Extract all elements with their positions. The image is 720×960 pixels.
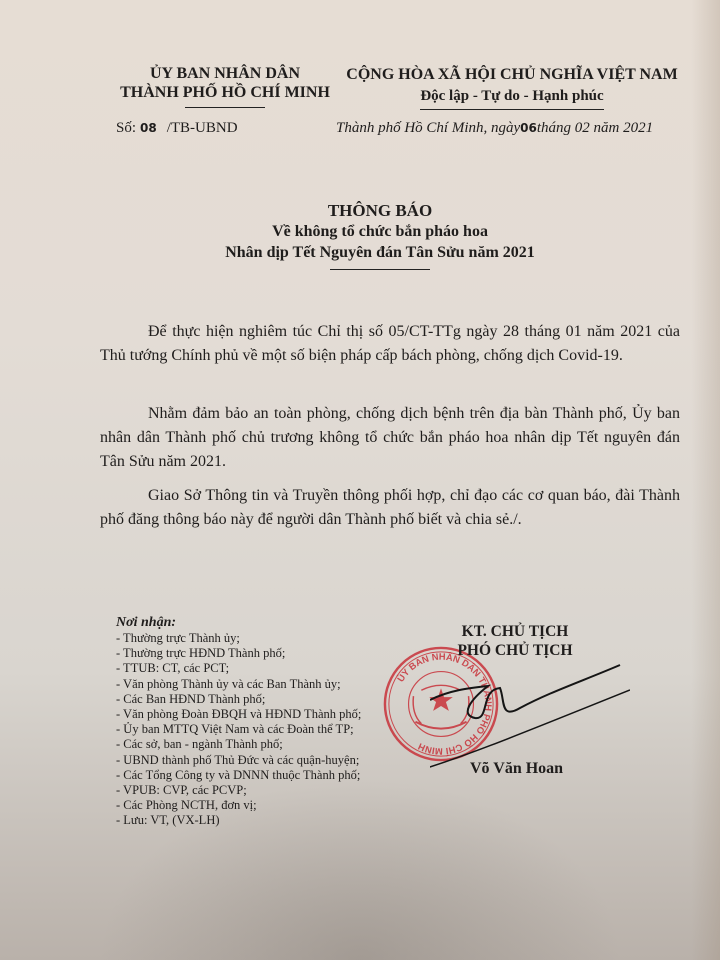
doc-number-prefix: Số:: [116, 120, 136, 136]
recipient-item: - Ủy ban MTTQ Việt Nam và các Đoàn thể T…: [116, 722, 386, 737]
recipient-item: - TTUB: CT, các PCT;: [116, 661, 386, 676]
agency-line-2: THÀNH PHỐ HỒ CHÍ MINH: [90, 83, 360, 102]
recipient-item: - Văn phòng Đoàn ĐBQH và HĐND Thành phố;: [116, 707, 386, 722]
signature-block: KT. CHỦ TỊCH PHÓ CHỦ TỊCH: [430, 622, 600, 660]
recipient-item: - Thường trực HĐND Thành phố;: [116, 646, 386, 661]
agency-line-1: ỦY BAN NHÂN DÂN: [90, 64, 360, 83]
date-prefix: Thành phố Hồ Chí Minh, ngày: [336, 120, 520, 136]
body-paragraph-1: Để thực hiện nghiêm túc Chỉ thị số 05/CT…: [100, 320, 680, 368]
recipients-heading: Nơi nhận:: [116, 614, 386, 631]
document-number: Số:08/TB-UBND: [116, 120, 238, 137]
recipient-item: - Các sở, ban - ngành Thành phố;: [116, 737, 386, 752]
recipient-item: - UBND thành phố Thủ Đức và các quận-huy…: [116, 753, 386, 768]
recipient-item: - Thường trực Thành ủy;: [116, 631, 386, 646]
agency-underline: [185, 107, 265, 108]
body-paragraph-3: Giao Sở Thông tin và Truyền thông phối h…: [100, 484, 680, 532]
national-motto: Độc lập - Tự do - Hạnh phúc: [420, 86, 603, 110]
doc-number-suffix: /TB-UBND: [167, 120, 238, 136]
signature-title-2: PHÓ CHỦ TỊCH: [430, 641, 600, 660]
title-line-3: Nhân dịp Tết Nguyên đán Tân Sửu năm 2021: [200, 242, 560, 263]
paragraph-text: Nhằm đảm bảo an toàn phòng, chống dịch b…: [100, 402, 680, 474]
paragraph-text: Để thực hiện nghiêm túc Chỉ thị số 05/CT…: [100, 320, 680, 368]
title-line-2: Về không tổ chức bắn pháo hoa: [200, 221, 560, 242]
issuing-agency: ỦY BAN NHÂN DÂN THÀNH PHỐ HỒ CHÍ MINH: [90, 64, 360, 108]
body-paragraph-2: Nhằm đảm bảo an toàn phòng, chống dịch b…: [100, 402, 680, 474]
title-underline: [330, 269, 430, 270]
recipient-item: - Các Ban HĐND Thành phố;: [116, 692, 386, 707]
country-name: CỘNG HÒA XÃ HỘI CHỦ NGHĨA VIỆT NAM: [328, 64, 696, 85]
document-date: Thành phố Hồ Chí Minh, ngày06tháng 02 nă…: [336, 120, 653, 137]
date-day: 06: [520, 121, 537, 135]
signer-name: Võ Văn Hoan: [470, 760, 563, 778]
recipient-item: - Văn phòng Thành ủy và các Ban Thành ủy…: [116, 677, 386, 692]
document-title: THÔNG BÁO Về không tổ chức bắn pháo hoa …: [200, 200, 560, 270]
recipients-list: Nơi nhận: - Thường trực Thành ủy; - Thườ…: [116, 614, 386, 829]
recipient-item: - Các Tổng Công ty và DNNN thuộc Thành p…: [116, 768, 386, 783]
date-suffix: tháng 02 năm 2021: [537, 120, 653, 136]
recipient-item: - VPUB: CVP, các PCVP;: [116, 783, 386, 798]
paragraph-text: Giao Sở Thông tin và Truyền thông phối h…: [100, 484, 680, 532]
recipient-item: - Các Phòng NCTH, đơn vị;: [116, 798, 386, 813]
signature-title-1: KT. CHỦ TỊCH: [430, 622, 600, 641]
national-header: CỘNG HÒA XÃ HỘI CHỦ NGHĨA VIỆT NAM Độc l…: [328, 64, 696, 110]
title-line-1: THÔNG BÁO: [200, 200, 560, 221]
doc-number-value: 08: [140, 121, 157, 135]
recipient-item: - Lưu: VT, (VX-LH): [116, 813, 386, 828]
